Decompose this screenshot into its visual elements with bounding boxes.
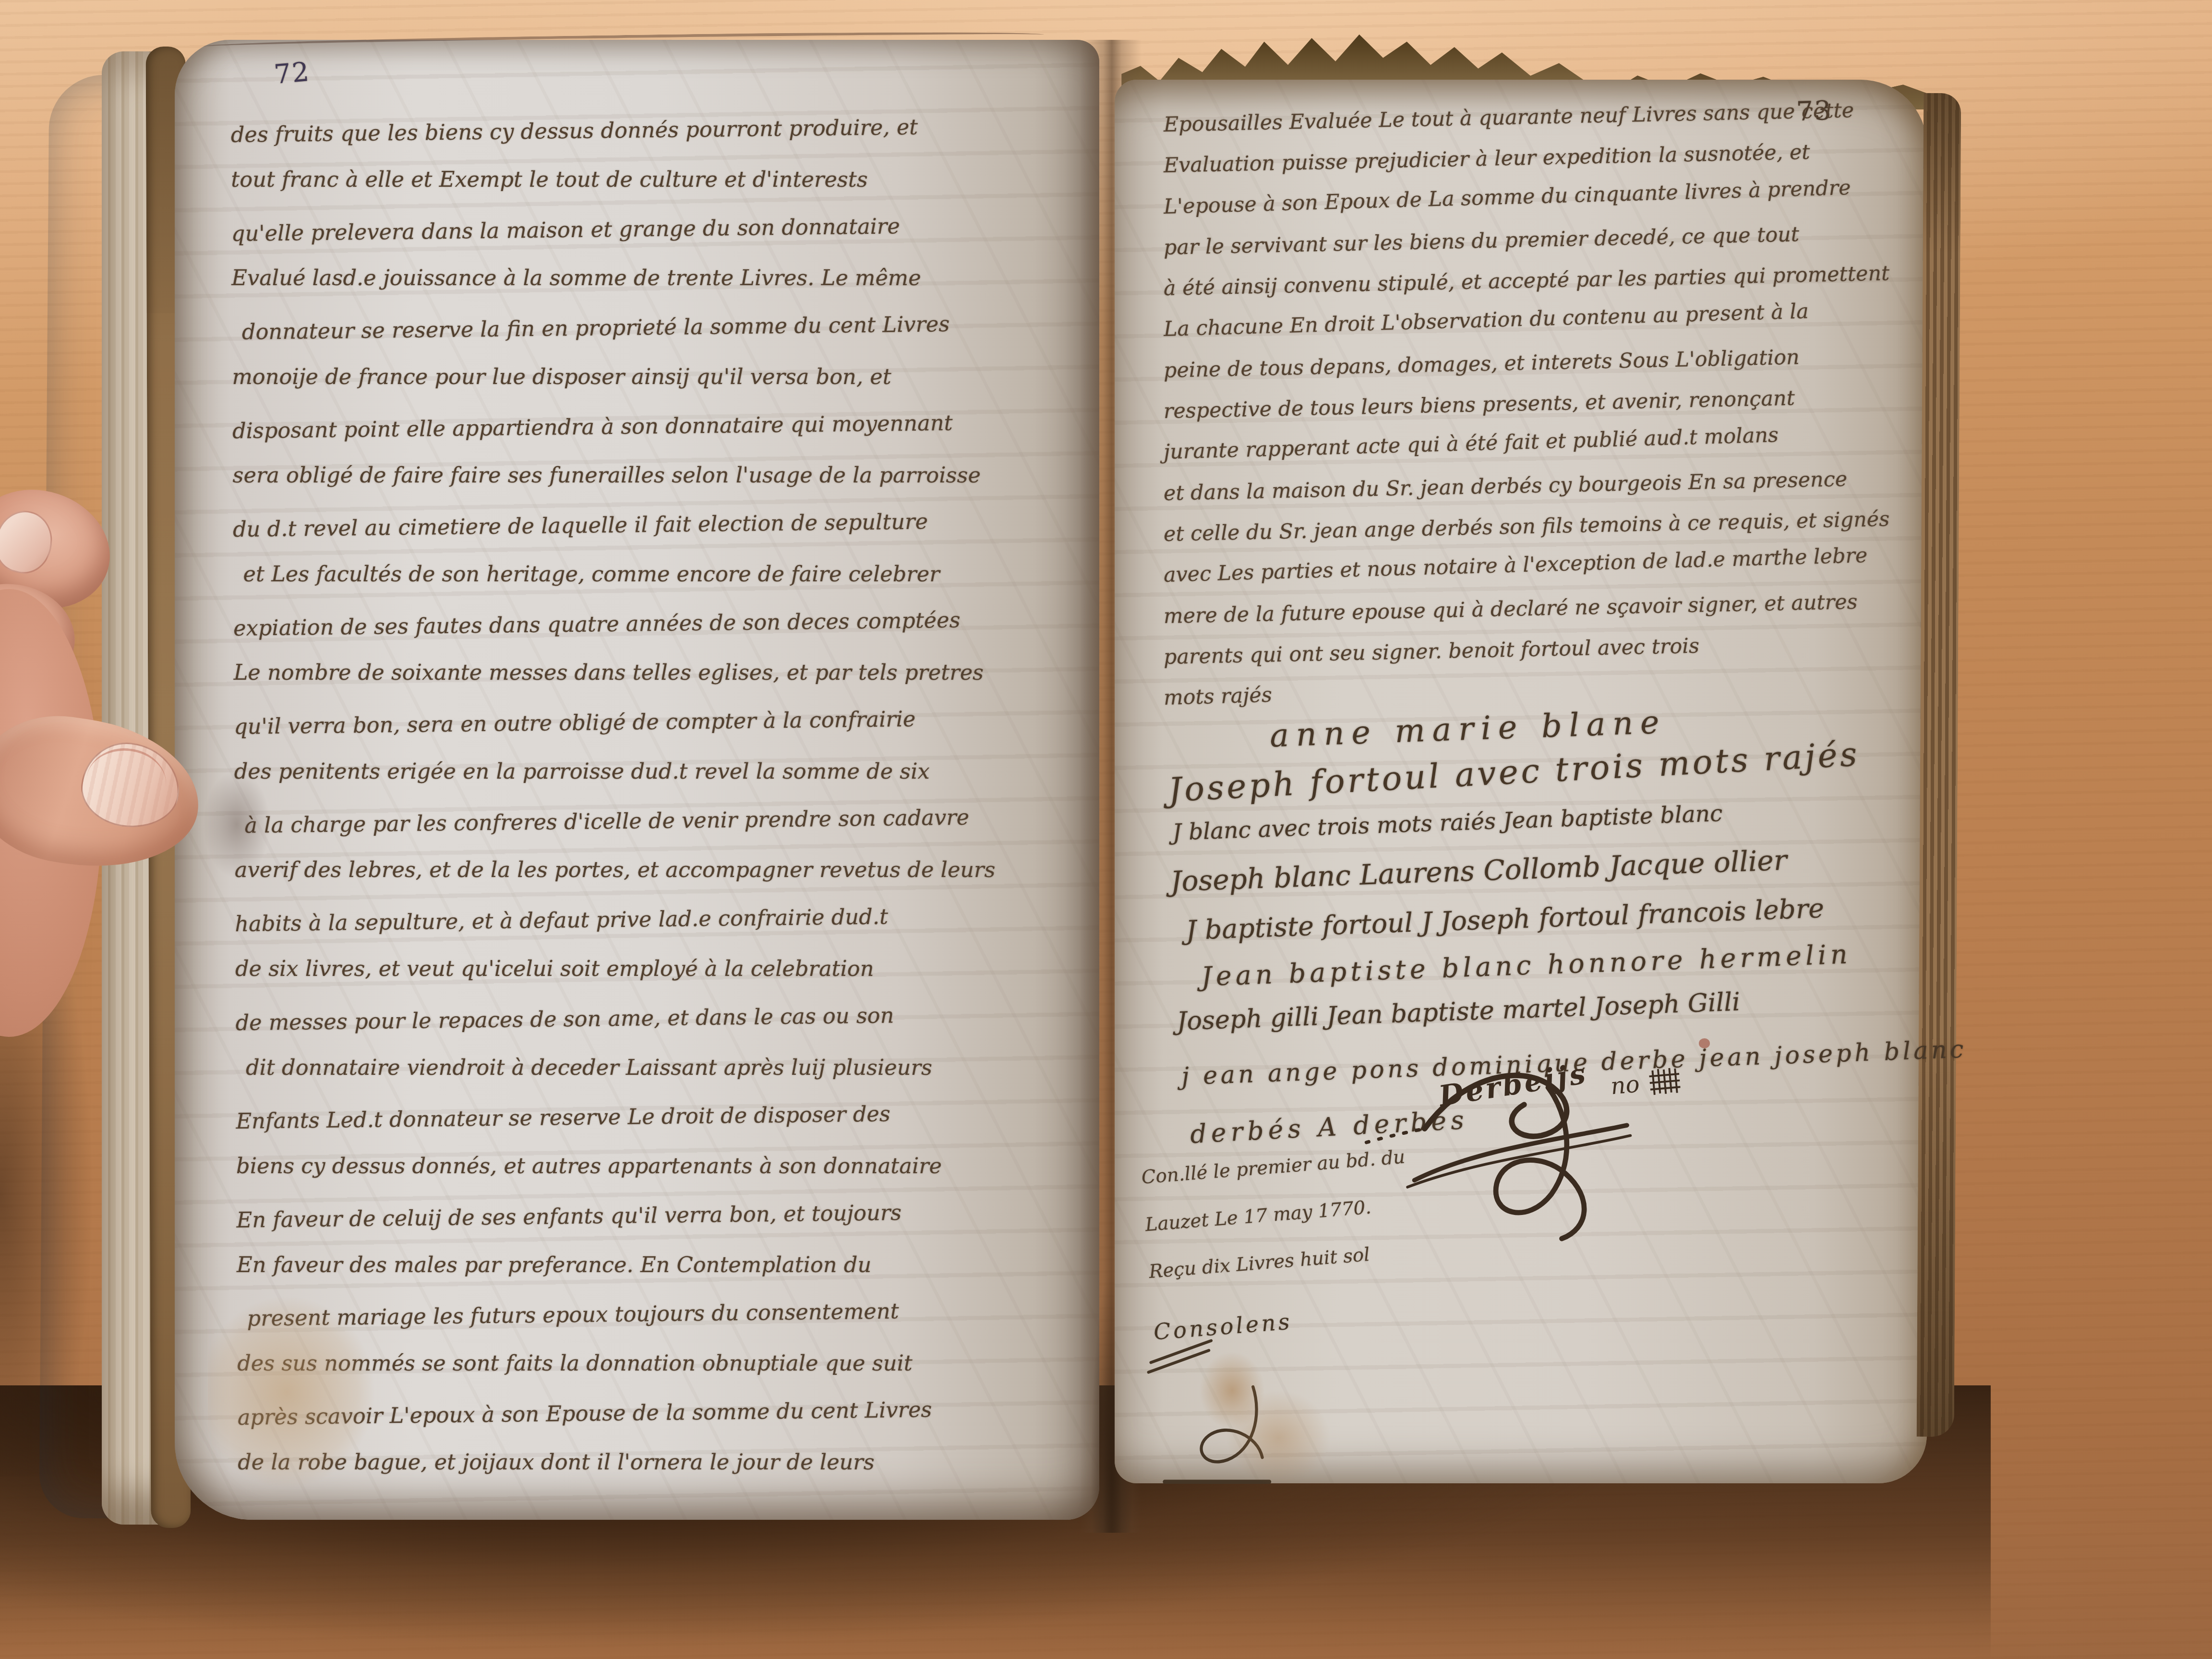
manuscript-line: jurante rapperant acte qui à été fait et… [1163, 420, 1916, 465]
manuscript-line: de six livres, et veut qu'icelui soit em… [235, 956, 1080, 981]
right-page-text: Epousailles Evaluée Le tout à quarante n… [1164, 113, 1916, 710]
manuscript-line: La chacune En droit L'observation du con… [1163, 297, 1916, 342]
manuscript-line: Le nombre de soixante messes dans telles… [234, 661, 1079, 685]
page-number-72: 72 [273, 57, 312, 90]
right-page-edge-stack [1916, 93, 1961, 1437]
manuscript-line: avec Les parties et nous notaire à l'exc… [1163, 542, 1916, 588]
manuscript-line: respective de tous leurs biens presents,… [1163, 384, 1915, 423]
manuscript-line: biens cy dessus donnés, et autres appart… [236, 1154, 1081, 1178]
manuscript-line: des penitents erigée en la parroisse dud… [234, 759, 1079, 784]
registration-date-line: Lauzet Le 17 may 1770. [1144, 1190, 1455, 1236]
manuscript-line: qu'elle prelevera dans la maison et gran… [231, 212, 1077, 246]
registration-fee-line: Reçu dix Livres huit sol [1148, 1237, 1458, 1283]
manuscript-line: à été ainsij convenu stipulé, et accepté… [1163, 261, 1915, 301]
manuscript-line: du d.t revel au cimetiere de laquelle il… [233, 508, 1078, 542]
manuscript-line: monoije de france pour lue disposer ains… [232, 364, 1077, 389]
manuscript-line: present mariage les futurs epoux toujour… [247, 1297, 1082, 1332]
photo-open-manuscript-register: 72 des fruits que les biens cy dessus do… [0, 0, 2212, 1659]
manuscript-line: habits à la sepulture, et à defaut prive… [235, 902, 1081, 937]
manuscript-line: parents qui ont seu signer. benoit forto… [1163, 629, 1915, 669]
manuscript-line: averif des lebres, et de la les portes, … [235, 858, 1080, 883]
manuscript-line: dit donnataire viendroit à deceder Laiss… [246, 1055, 1081, 1080]
manuscript-line: et Les facultés de son heritage, comme e… [243, 562, 1079, 587]
manuscript-line: disposant point elle appartiendra à son … [232, 409, 1078, 444]
manuscript-line: des sus nommés se sont faits la donnatio… [238, 1351, 1082, 1376]
manuscript-line: mots rajés [1163, 665, 1916, 710]
controller-signature-flourish [1142, 1314, 1374, 1496]
manuscript-line: mere de la future epouse qui à declaré n… [1163, 589, 1915, 628]
manuscript-line: de messes pour le repaces de son ame, et… [236, 1001, 1081, 1035]
manuscript-line: expiation de ses fautes dans quatre anné… [233, 606, 1079, 641]
thumb-shadow [190, 750, 283, 899]
left-page-text: des fruits que les biens cy dessus donné… [231, 116, 1083, 1477]
manuscript-line: et dans la maison du Sr. jean derbés cy … [1163, 466, 1915, 505]
manuscript-line: de la robe bague, et joijaux dont il l'o… [238, 1450, 1083, 1475]
manuscript-line: En faveur de celuij de ses enfants qu'il… [237, 1198, 1082, 1233]
manuscript-line: après scavoir L'epoux à son Epouse de la… [238, 1395, 1083, 1430]
manuscript-line: tout franc à elle et Exempt le tout de c… [231, 167, 1076, 192]
manuscript-line: L'epouse à son Epoux de La somme du cinq… [1163, 174, 1916, 219]
manuscript-line: En faveur des males par preferance. En C… [237, 1252, 1082, 1277]
manuscript-line: qu'il verra bon, sera en outre obligé de… [234, 705, 1079, 740]
manuscript-line: donnateur se reserve la fin en proprieté… [242, 311, 1077, 345]
manuscript-line: Evaluation puisse prejudicier à leur exp… [1163, 138, 1915, 178]
manuscript-line: par le servivant sur les biens du premie… [1163, 220, 1915, 260]
manuscript-line: Evalué lasd.e jouissance à la somme de t… [232, 266, 1077, 291]
manuscript-line: et celle du Sr. jean ange derbés son fil… [1163, 506, 1915, 546]
manuscript-line: Enfants Led.t donnateur se reserve Le dr… [236, 1100, 1082, 1134]
notary-title-abbreviation: no [1609, 1064, 1685, 1103]
manuscript-line: à la charge par les confreres d'icelle d… [244, 804, 1080, 838]
manuscript-line: sera obligé de faire faire ses funeraill… [233, 463, 1078, 488]
notary-hash-mark-icon [1645, 1064, 1685, 1100]
manuscript-line: peine de tous depans, domages, et intere… [1163, 343, 1915, 383]
